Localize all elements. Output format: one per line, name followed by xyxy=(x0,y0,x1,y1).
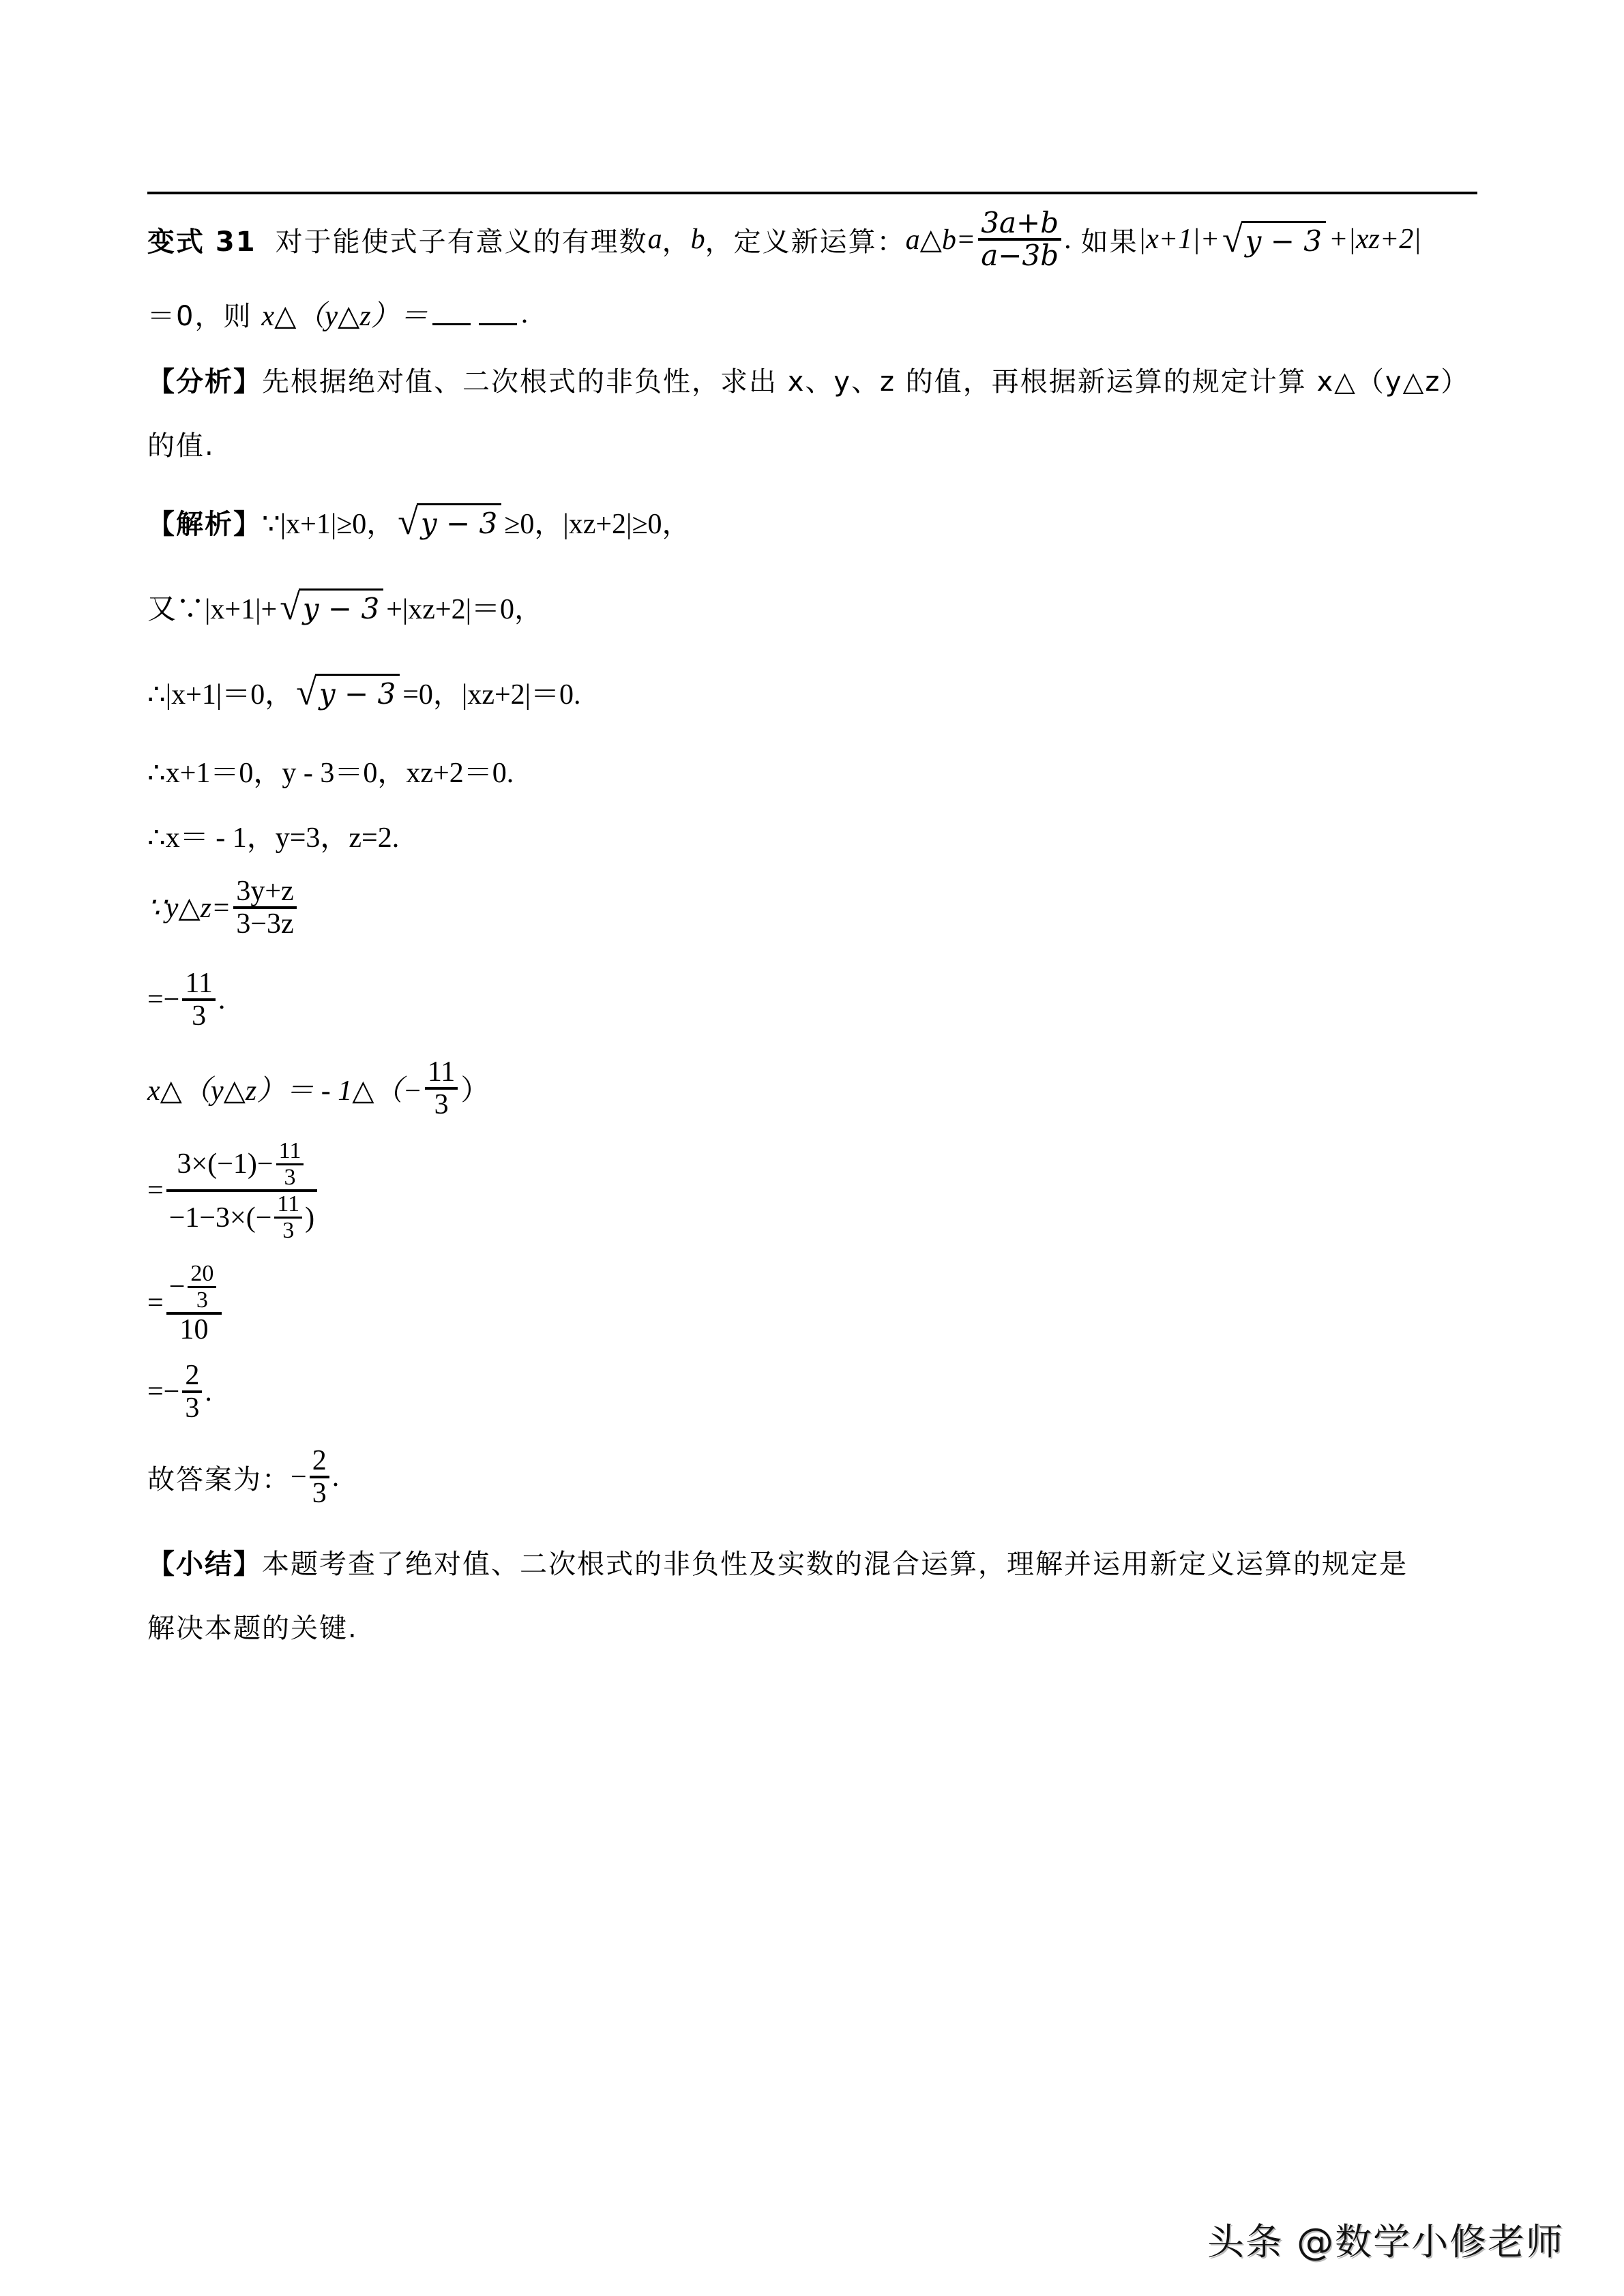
comma: ， xyxy=(662,220,691,259)
nested-fraction: 20 3 xyxy=(188,1262,216,1312)
fraction-numerator: 20 xyxy=(188,1262,216,1286)
denominator-text: −1−3×(− xyxy=(169,1203,272,1233)
fraction-numerator: 2 xyxy=(182,1360,202,1390)
sqrt-symbol: √ xyxy=(280,588,300,625)
analysis-text-cont: 的值. xyxy=(147,424,215,463)
equals-minus: =− xyxy=(147,983,179,1016)
variable-values: ∴x＝ - 1，y=3，z=2. xyxy=(147,815,399,856)
answer-blank-2[interactable] xyxy=(479,303,517,325)
fraction-11-3: 11 3 xyxy=(182,968,215,1031)
sqrt-symbol: √ xyxy=(1222,221,1243,258)
summary-line-2: 解决本题的关键. xyxy=(147,1607,358,1645)
close-paren: ) xyxy=(305,1203,314,1233)
problem-line-1: 变式 31 对于能使式子有意义的有理数 a ， b ，定义新运算： a△b= 3… xyxy=(147,208,1421,271)
fraction-2-3: 2 3 xyxy=(182,1360,202,1423)
definition-fraction: 3a+b a−3b xyxy=(978,208,1061,271)
abs-term-1: |x+1|+ xyxy=(1138,223,1220,256)
compound-numerator: 3×(−1)− 11 3 xyxy=(175,1139,310,1189)
nonneg-abs-1: ∵|x+1|≥0， xyxy=(262,501,395,542)
fraction-denominator: 3 xyxy=(310,1478,329,1508)
solution-line-10: = − 20 3 10 xyxy=(147,1262,224,1345)
sqrt-expression: √ y − 3 xyxy=(296,674,400,711)
solution-line-1: 【解析】 ∵|x+1|≥0， √ y − 3 ≥0，|xz+2|≥0， xyxy=(147,501,691,542)
fraction-numerator: 3y+z xyxy=(233,876,296,906)
fraction-denominator: 3−3z xyxy=(233,909,296,939)
therefore-abs-zero: ∴|x+1|＝0， xyxy=(147,672,293,713)
fraction-numerator: 11 xyxy=(182,968,215,998)
equals-zero-then: ＝0，则 xyxy=(147,295,252,333)
compound-fraction: − 20 3 10 xyxy=(166,1262,222,1345)
fraction-numerator: 11 xyxy=(274,1192,302,1217)
solution-line-7: =− 11 3 . xyxy=(147,968,225,1031)
watermark: 头条 @数学小修老师 xyxy=(1207,2213,1564,2265)
solution-line-3: ∴|x+1|＝0， √ y − 3 =0，|xz+2|＝0. xyxy=(147,672,581,713)
solution-line-8: x△（y△z）＝ - 1△（− 11 3 ） xyxy=(147,1057,489,1120)
sqrt-expression: √ y − 3 xyxy=(398,503,501,540)
solution-line-4: ∴x+1＝0，y - 3＝0，xz+2＝0. xyxy=(147,750,514,791)
compound-denominator: 10 xyxy=(177,1315,211,1345)
therefore-rest: =0，|xz+2|＝0. xyxy=(402,672,580,713)
equals: = xyxy=(147,1174,164,1207)
answer-blank-1[interactable] xyxy=(432,303,471,325)
question-expression: x△（y△z）＝ xyxy=(261,293,428,334)
fraction-numerator: 3a+b xyxy=(978,208,1061,238)
definition-lhs: a△b= xyxy=(906,222,976,256)
analysis-line-1: 【分析】 先根据绝对值、二次根式的非负性，求出 x、y、z 的值，再根据新运算的… xyxy=(147,360,1469,399)
sqrt-radicand: y − 3 xyxy=(315,674,400,711)
problem-intro: 对于能使式子有意义的有理数 xyxy=(276,220,648,259)
period: . xyxy=(521,297,529,330)
summary-tag: 【小结】 xyxy=(147,1542,262,1581)
period: . xyxy=(332,1461,340,1493)
answer-line: 故答案为： − 2 3 . xyxy=(147,1446,339,1508)
close-paren: ） xyxy=(460,1068,489,1109)
sqrt-symbol: √ xyxy=(398,503,418,540)
fraction-numerator: 11 xyxy=(425,1057,458,1087)
sqrt-symbol: √ xyxy=(296,674,316,711)
header-rule xyxy=(147,192,1477,194)
abs-term-2: +|xz+2| xyxy=(1329,223,1421,256)
compound-fraction: 3×(−1)− 11 3 −1−3×(− 11 3 ) xyxy=(166,1139,317,1243)
problem-label: 变式 31 xyxy=(147,220,256,259)
analysis-tag: 【分析】 xyxy=(147,360,262,399)
nested-fraction: 11 3 xyxy=(276,1139,304,1189)
fraction-11-3: 11 3 xyxy=(425,1057,458,1120)
summary-text: 本题考查了绝对值、二次根式的非负性及实数的混合运算，理解并运用新定义运算的规定是 xyxy=(262,1542,1408,1581)
analysis-text: 先根据绝对值、二次根式的非负性，求出 x、y、z 的值，再根据新运算的规定计算 … xyxy=(262,360,1469,399)
sqrt-expression: √ y − 3 xyxy=(1222,221,1326,258)
compound-numerator: − 20 3 xyxy=(166,1262,222,1312)
solution-line-5: ∴x＝ - 1，y=3，z=2. xyxy=(147,815,399,856)
if-text: 如果 xyxy=(1081,220,1138,259)
equals: = xyxy=(147,1287,164,1320)
equals-minus: =− xyxy=(147,1375,179,1408)
minus-sign: − xyxy=(169,1272,186,1302)
definition-intro: ，定义新运算： xyxy=(705,220,906,259)
sqrt-radicand: y − 3 xyxy=(417,503,501,540)
period: . xyxy=(205,1375,212,1408)
fraction-denominator: 3 xyxy=(182,1393,202,1423)
y-op-z-lhs: ∵y△z= xyxy=(147,891,231,925)
sqrt-expression: √ y − 3 xyxy=(280,588,383,625)
sum-start: 又∵|x+1|+ xyxy=(147,586,277,627)
var-b: b xyxy=(691,223,705,256)
substitution-lhs: x△（y△z）＝ - 1△（− xyxy=(147,1068,422,1109)
var-a: a xyxy=(648,223,662,256)
fraction-denominator: 3 xyxy=(194,1288,211,1313)
solution-tag: 【解析】 xyxy=(147,503,262,541)
sqrt-radicand: y − 3 xyxy=(299,588,383,625)
minus-sign: − xyxy=(291,1461,307,1493)
fraction-denominator: 3 xyxy=(432,1090,452,1120)
fraction-denominator: 3 xyxy=(281,1165,298,1190)
answer-label: 故答案为： xyxy=(147,1458,291,1497)
equations: ∴x+1＝0，y - 3＝0，xz+2＝0. xyxy=(147,750,514,791)
fraction-denominator: 3 xyxy=(280,1219,297,1243)
answer-fraction: 2 3 xyxy=(310,1446,329,1508)
solution-line-11: =− 2 3 . xyxy=(147,1360,212,1423)
solution-line-9: = 3×(−1)− 11 3 −1−3×(− 11 3 ) xyxy=(147,1139,320,1243)
summary-line-1: 【小结】 本题考查了绝对值、二次根式的非负性及实数的混合运算，理解并运用新定义运… xyxy=(147,1542,1408,1581)
compound-denominator: −1−3×(− 11 3 ) xyxy=(166,1192,317,1242)
fraction-denominator: 3 xyxy=(189,1001,209,1031)
fraction-denominator: a−3b xyxy=(978,241,1061,271)
sum-end: +|xz+2|＝0， xyxy=(386,586,543,627)
summary-text-cont: 解决本题的关键. xyxy=(147,1607,358,1645)
sqrt-radicand: y − 3 xyxy=(1241,221,1326,258)
nested-fraction: 11 3 xyxy=(274,1192,302,1242)
period: . xyxy=(1064,223,1072,256)
period: . xyxy=(218,983,226,1016)
numerator-text: 3×(−1)− xyxy=(177,1149,274,1179)
fraction-numerator: 2 xyxy=(310,1446,329,1476)
solution-line-2: 又∵|x+1|+ √ y − 3 +|xz+2|＝0， xyxy=(147,586,543,627)
problem-line-2: ＝0，则 x△（y△z）＝ . xyxy=(147,293,528,334)
fraction-numerator: 11 xyxy=(276,1139,304,1163)
analysis-line-2: 的值. xyxy=(147,424,215,463)
y-op-z-fraction: 3y+z 3−3z xyxy=(233,876,296,939)
nonneg-rest: ≥0，|xz+2|≥0， xyxy=(504,501,690,542)
solution-line-6: ∵y△z= 3y+z 3−3z xyxy=(147,876,299,939)
